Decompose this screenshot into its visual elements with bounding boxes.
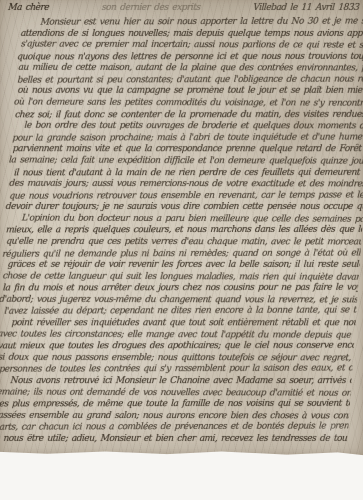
handwriting-line: pour la grande saison prochaine; mais à … [10,132,363,145]
handwriting-line: la fin du mois et nous arrêter deux jour… [0,283,358,295]
handwriting-line: devoir durer toujours; je ne saurais vou… [5,202,363,214]
handwriting-line: Monsieur est venu hier au soir nous appo… [18,16,363,29]
handwriting-line: mieux, elle a repris quelques couleurs, … [4,225,363,237]
handwriting-line: avec toutes les circonstances; elle mang… [0,329,355,342]
handwriting-line: personnes de toutes les contrées qui s'y… [0,364,353,377]
handwriting-line: L'opinion du bon docteur nous a paru bie… [4,213,363,226]
letter-scan: Ma chère son dernier des exprits Villeba… [0,0,363,500]
handwriting-line: d'abord; vous jugerez vous-même du chang… [0,295,358,307]
handwriting-line: attendions de si longues nouvelles; mais… [17,29,363,41]
handwriting-line: passées ensemble au grand salon; nous au… [0,410,349,422]
letter-page: Ma chère son dernier des exprits Villeba… [0,0,363,456]
handwriting-line: quoique nous n'ayons des lettres de pers… [16,51,363,63]
page-annotation: Ma chère [8,3,50,13]
handwriting-line: Nous avons retrouvé ici Monsieur le Chan… [0,376,352,388]
handwriting-line: vaut mieux que toutes les drogues des ap… [0,341,354,353]
handwriting-line: l'avez laissée au départ; cependant ne d… [0,306,357,319]
handwriting-line: s'ajuster avec ce premier mal incertain;… [17,40,363,53]
handwriting-line: chose de cette langueur qui suit les lon… [0,271,359,284]
handwriting-line: des mauvais jours; aussi vous remercions… [7,179,363,191]
handwriting-line: il nous tient d'autant à la main de ne r… [8,167,363,179]
handwriting-line: les plus empressés, de même que toute la… [0,399,350,411]
handwriting-line: réguliers qu'il ne demande plus ni bains… [2,248,361,261]
header-scribble: son dernier des exprits [101,3,200,13]
handwriting-line: de nous être utile; adieu, Monsieur et b… [0,434,348,446]
handwriting-line: semaine; ils nous ont demandé de vos nou… [0,387,351,400]
handwriting-line: que nous voudrions retrouver tous ensemb… [6,190,363,203]
handwriting-lines: Monsieur est venu hier au soir nous appo… [0,17,363,445]
scan-backdrop [0,454,363,500]
letter-header: Ma chère son dernier des exprits Villeba… [7,3,359,18]
handwriting-line: point réveiller ses inquiétudes avant qu… [0,318,356,330]
handwriting-line: où nous avons vu que la campagne se prom… [13,86,363,98]
handwriting-line: parviennent moins vite et que la corresp… [9,144,363,156]
handwriting-line: parts, car chacun ici nous a comblées de… [0,422,349,435]
handwriting-line: grâces et se réjouir de voir revenir les… [1,260,360,272]
handwriting-line: la semaine; cela fait une expédition dif… [8,155,363,168]
handwriting-line: belles et pourtant si peu constantes; d'… [14,74,363,87]
handwriting-line: au milieu de cette maison, autant de la … [15,63,363,75]
dateline: Villebad le 11 Avril 1833 [253,3,360,13]
handwriting-line: si doux que nous passons ensemble; nous … [0,352,353,364]
handwriting-line: le bon ordre des tout petits ouvrages de… [11,121,363,133]
handwriting-line: qu'elle ne prendra que ces petits verres… [3,237,362,249]
handwriting-line: chez soi; il faut donc se contenter de l… [12,109,363,121]
handwriting-line: où l'on demeure sans les petites commodi… [13,97,363,110]
